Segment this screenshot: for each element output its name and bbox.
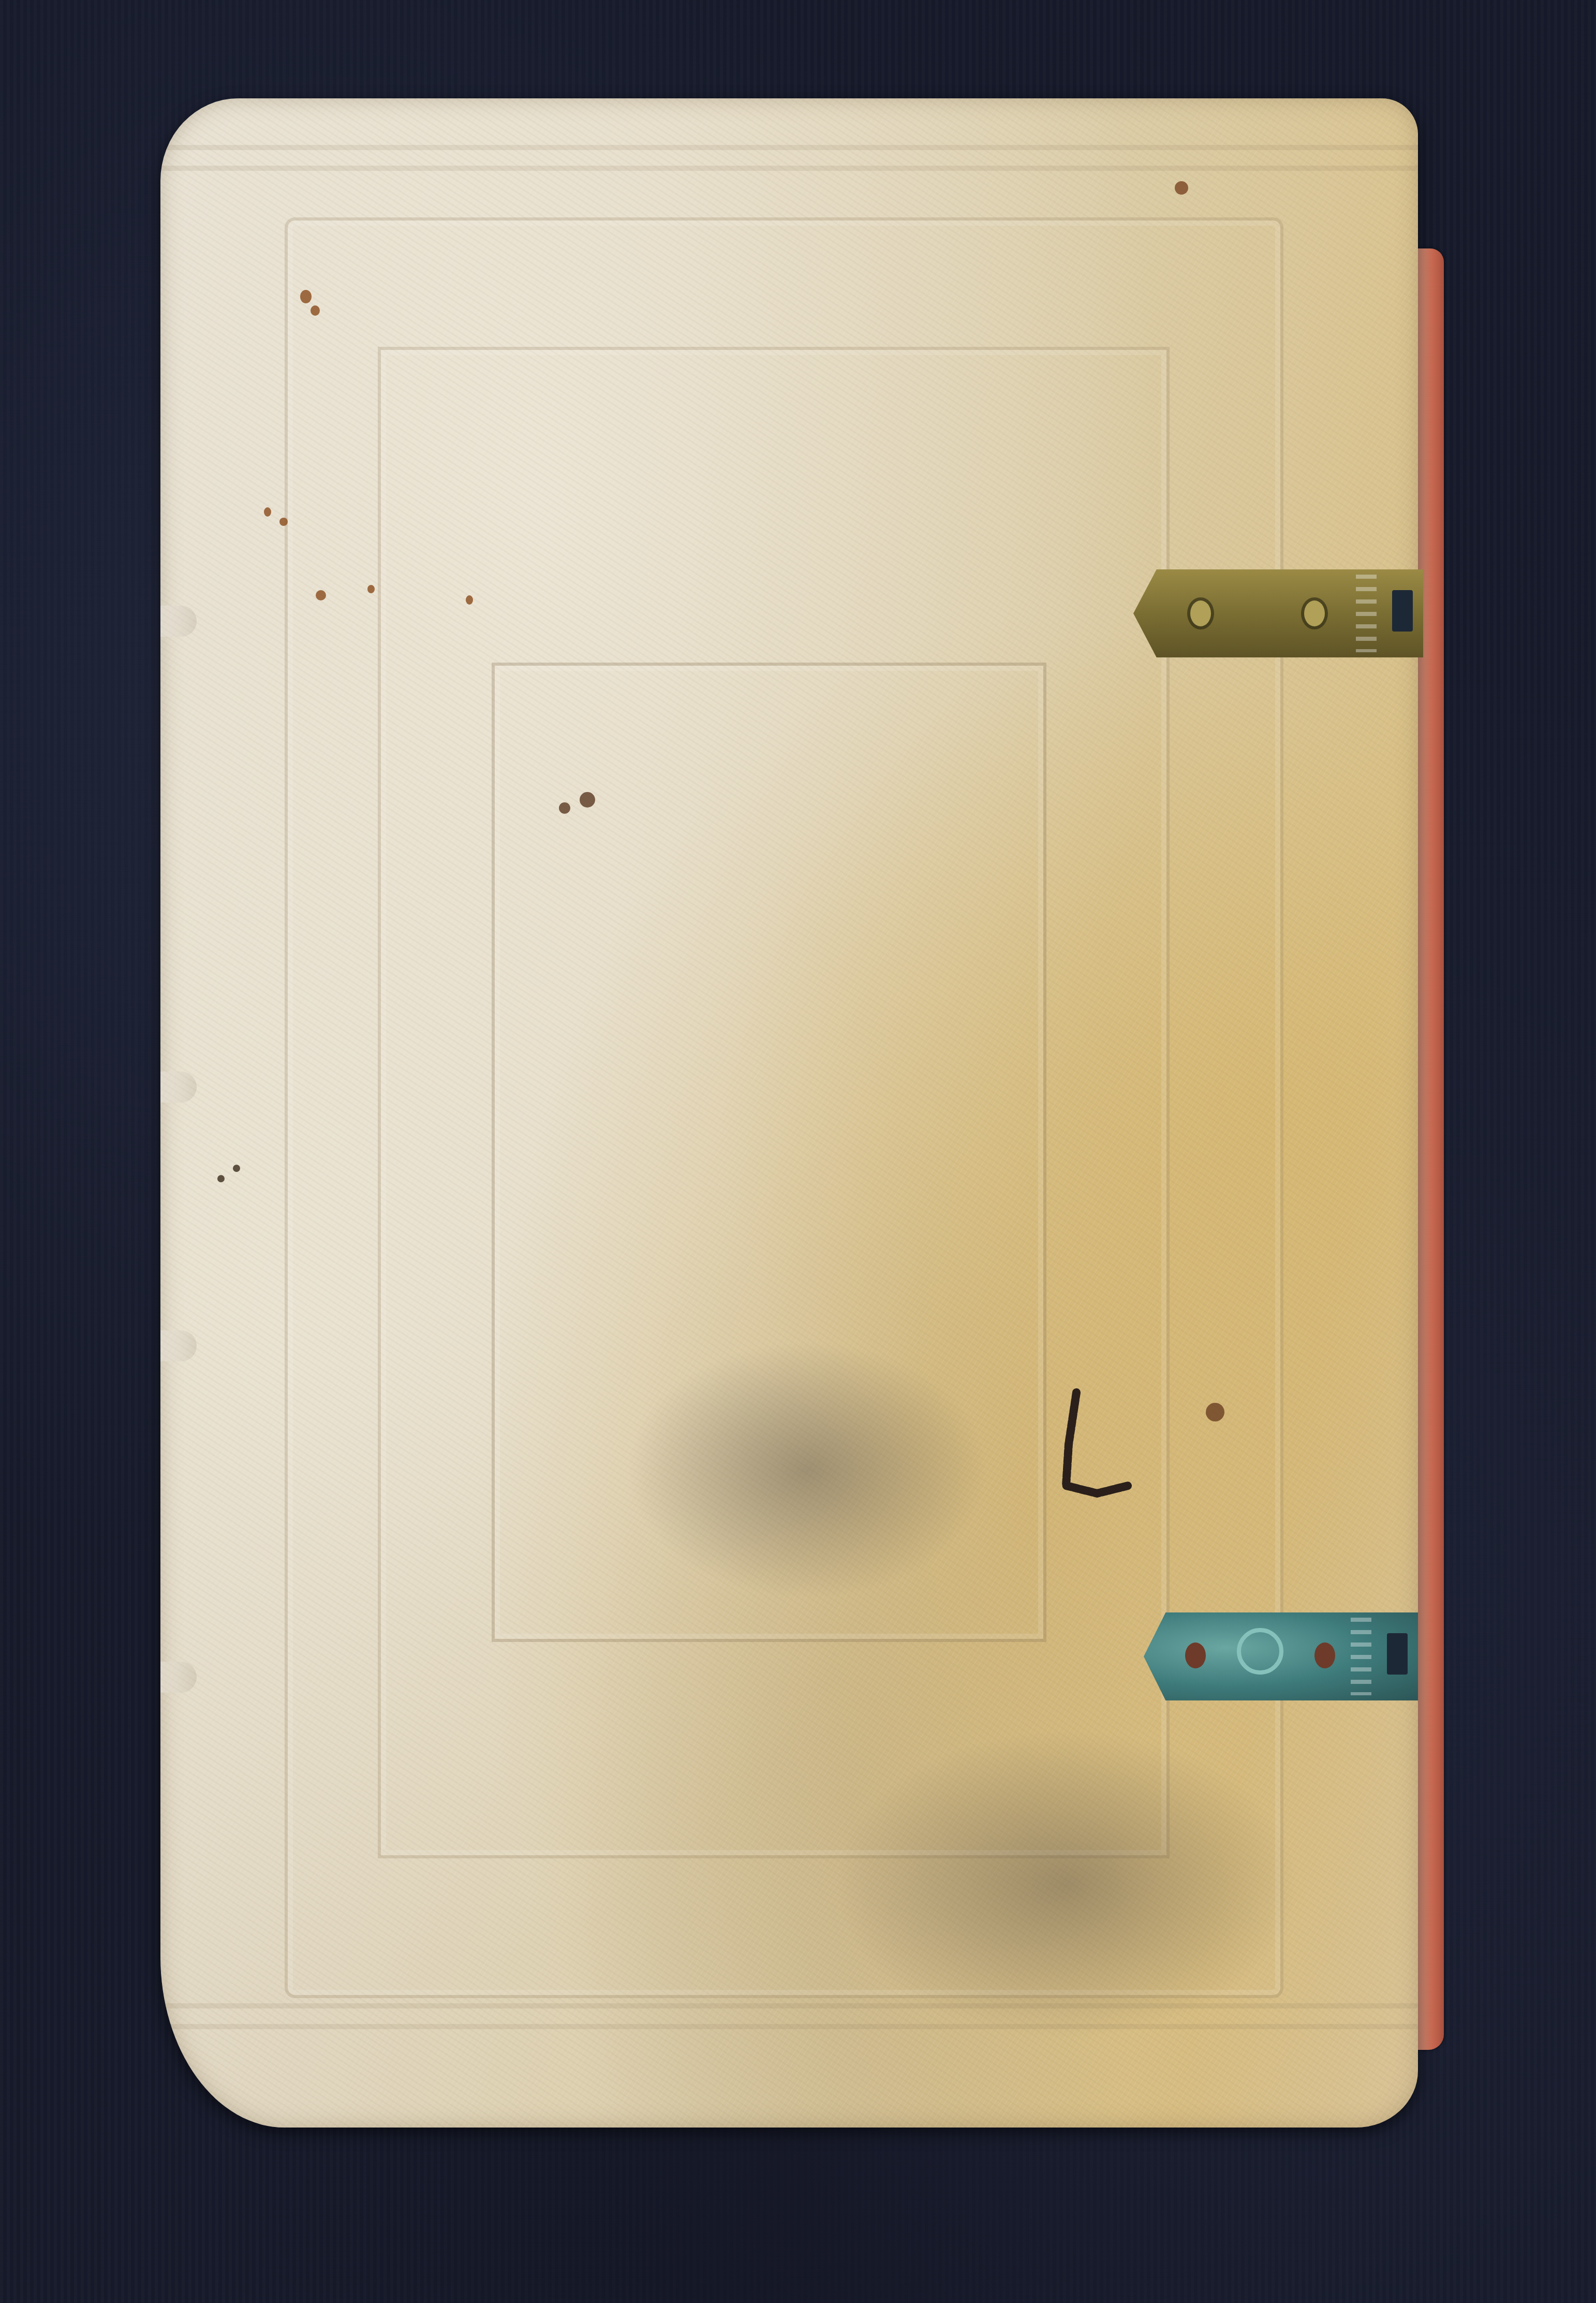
upper-clasp-catch	[1133, 569, 1423, 657]
book-cover	[160, 98, 1418, 2128]
foxing-spot	[233, 1165, 240, 1172]
foxing-spot	[279, 518, 288, 526]
foxing-spot	[367, 585, 375, 593]
lower-clasp-catch	[1144, 1612, 1418, 1700]
rivet-icon	[1304, 600, 1325, 626]
photo-scene	[0, 0, 1596, 2303]
foxing-spot	[217, 1175, 225, 1182]
clasp-ribs	[1356, 575, 1377, 652]
handwritten-ink-mark	[1040, 1382, 1144, 1501]
spine-band	[160, 1072, 197, 1103]
clasp-slot	[1387, 1633, 1408, 1675]
foxing-spot	[311, 305, 320, 316]
foxing-spot	[559, 802, 570, 814]
foxing-spot	[466, 595, 473, 605]
dark-smudge	[833, 1729, 1299, 2040]
rivet-icon	[1185, 1642, 1206, 1668]
tooled-band	[160, 166, 1418, 171]
tooled-band	[160, 2024, 1418, 2029]
dark-smudge	[626, 1341, 988, 1600]
spine-band	[160, 1330, 197, 1361]
spine-band	[160, 1662, 197, 1693]
foxing-spot	[300, 290, 312, 303]
roundel-ornament-icon	[1237, 1628, 1283, 1675]
clasp-slot	[1392, 590, 1413, 632]
tooled-band	[160, 145, 1418, 150]
spine-band	[160, 606, 197, 637]
foxing-spot	[264, 507, 271, 517]
tooled-band	[160, 2003, 1418, 2008]
clasp-ribs	[1351, 1618, 1371, 1695]
foxing-spot	[1175, 181, 1188, 195]
rivet-icon	[1314, 1642, 1335, 1668]
foxing-spot	[580, 792, 595, 808]
foxing-spot	[1206, 1403, 1224, 1421]
rivet-icon	[1190, 600, 1211, 626]
foxing-spot	[316, 590, 326, 600]
